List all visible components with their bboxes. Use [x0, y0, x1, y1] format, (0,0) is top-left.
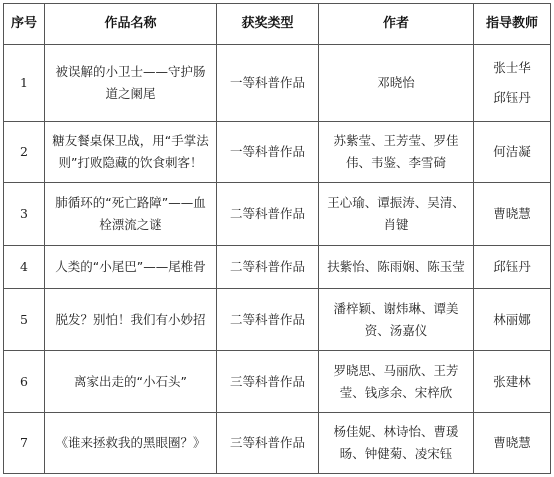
cell-no: 7	[4, 413, 45, 474]
teacher-name: 邱钰丹	[480, 83, 544, 113]
cell-authors: 扶紫怡、陈雨娴、陈玉莹	[319, 246, 474, 289]
cell-award: 二等科普作品	[217, 246, 319, 289]
table-row: 6 离家出走的“小石头” 三等科普作品 罗晓思、马丽欣、王芳莹、钱彦余、宋梓欣 …	[4, 351, 551, 413]
cell-no: 1	[4, 45, 45, 122]
cell-title: 人类的“小尾巴”——尾椎骨	[45, 246, 217, 289]
header-teacher: 指导教师	[474, 4, 551, 45]
cell-authors: 苏紫莹、王芳莹、罗佳伟、韦鉴、李雪碕	[319, 122, 474, 183]
header-no: 序号	[4, 4, 45, 45]
cell-award: 二等科普作品	[217, 183, 319, 246]
cell-teacher: 曹晓慧	[474, 183, 551, 246]
cell-no: 6	[4, 351, 45, 413]
cell-title: 肺循环的“死亡路障”——血栓漂流之谜	[45, 183, 217, 246]
cell-teacher: 邱钰丹	[474, 246, 551, 289]
table-row: 5 脱发？别怕！我们有小妙招 二等科普作品 潘梓颖、谢炜琳、谭美资、汤嘉仪 林丽…	[4, 289, 551, 351]
header-authors: 作者	[319, 4, 474, 45]
cell-teacher: 曹晓慧	[474, 413, 551, 474]
table-row: 3 肺循环的“死亡路障”——血栓漂流之谜 二等科普作品 王心瑜、谭振涛、吴清、肖…	[4, 183, 551, 246]
cell-authors: 潘梓颖、谢炜琳、谭美资、汤嘉仪	[319, 289, 474, 351]
cell-authors: 王心瑜、谭振涛、吴清、肖键	[319, 183, 474, 246]
table-row: 4 人类的“小尾巴”——尾椎骨 二等科普作品 扶紫怡、陈雨娴、陈玉莹 邱钰丹	[4, 246, 551, 289]
table-header-row: 序号 作品名称 获奖类型 作者 指导教师	[4, 4, 551, 45]
cell-no: 3	[4, 183, 45, 246]
cell-title: 糖友餐桌保卫战，用“手掌法则”打败隐藏的饮食刺客！	[45, 122, 217, 183]
cell-authors: 邓晓怡	[319, 45, 474, 122]
cell-teacher: 张士华 邱钰丹	[474, 45, 551, 122]
cell-award: 一等科普作品	[217, 45, 319, 122]
awards-table: 序号 作品名称 获奖类型 作者 指导教师 1 被误解的小卫士——守护肠道之阑尾 …	[3, 3, 551, 474]
cell-authors: 罗晓思、马丽欣、王芳莹、钱彦余、宋梓欣	[319, 351, 474, 413]
cell-award: 一等科普作品	[217, 122, 319, 183]
teacher-name: 张士华	[480, 53, 544, 83]
cell-award: 二等科普作品	[217, 289, 319, 351]
cell-title: 离家出走的“小石头”	[45, 351, 217, 413]
cell-no: 2	[4, 122, 45, 183]
cell-teacher: 林丽娜	[474, 289, 551, 351]
cell-teacher: 张建林	[474, 351, 551, 413]
cell-title: 被误解的小卫士——守护肠道之阑尾	[45, 45, 217, 122]
cell-title: 脱发？别怕！我们有小妙招	[45, 289, 217, 351]
cell-award: 三等科普作品	[217, 351, 319, 413]
cell-no: 4	[4, 246, 45, 289]
cell-authors: 杨佳妮、林诗怡、曹瑗旸、钟健菊、凌宋钰	[319, 413, 474, 474]
table-row: 1 被误解的小卫士——守护肠道之阑尾 一等科普作品 邓晓怡 张士华 邱钰丹	[4, 45, 551, 122]
header-title: 作品名称	[45, 4, 217, 45]
cell-award: 三等科普作品	[217, 413, 319, 474]
table-row: 7 《谁来拯救我的黑眼圈？》 三等科普作品 杨佳妮、林诗怡、曹瑗旸、钟健菊、凌宋…	[4, 413, 551, 474]
header-award: 获奖类型	[217, 4, 319, 45]
table-row: 2 糖友餐桌保卫战，用“手掌法则”打败隐藏的饮食刺客！ 一等科普作品 苏紫莹、王…	[4, 122, 551, 183]
cell-no: 5	[4, 289, 45, 351]
cell-teacher: 何洁凝	[474, 122, 551, 183]
cell-title: 《谁来拯救我的黑眼圈？》	[45, 413, 217, 474]
